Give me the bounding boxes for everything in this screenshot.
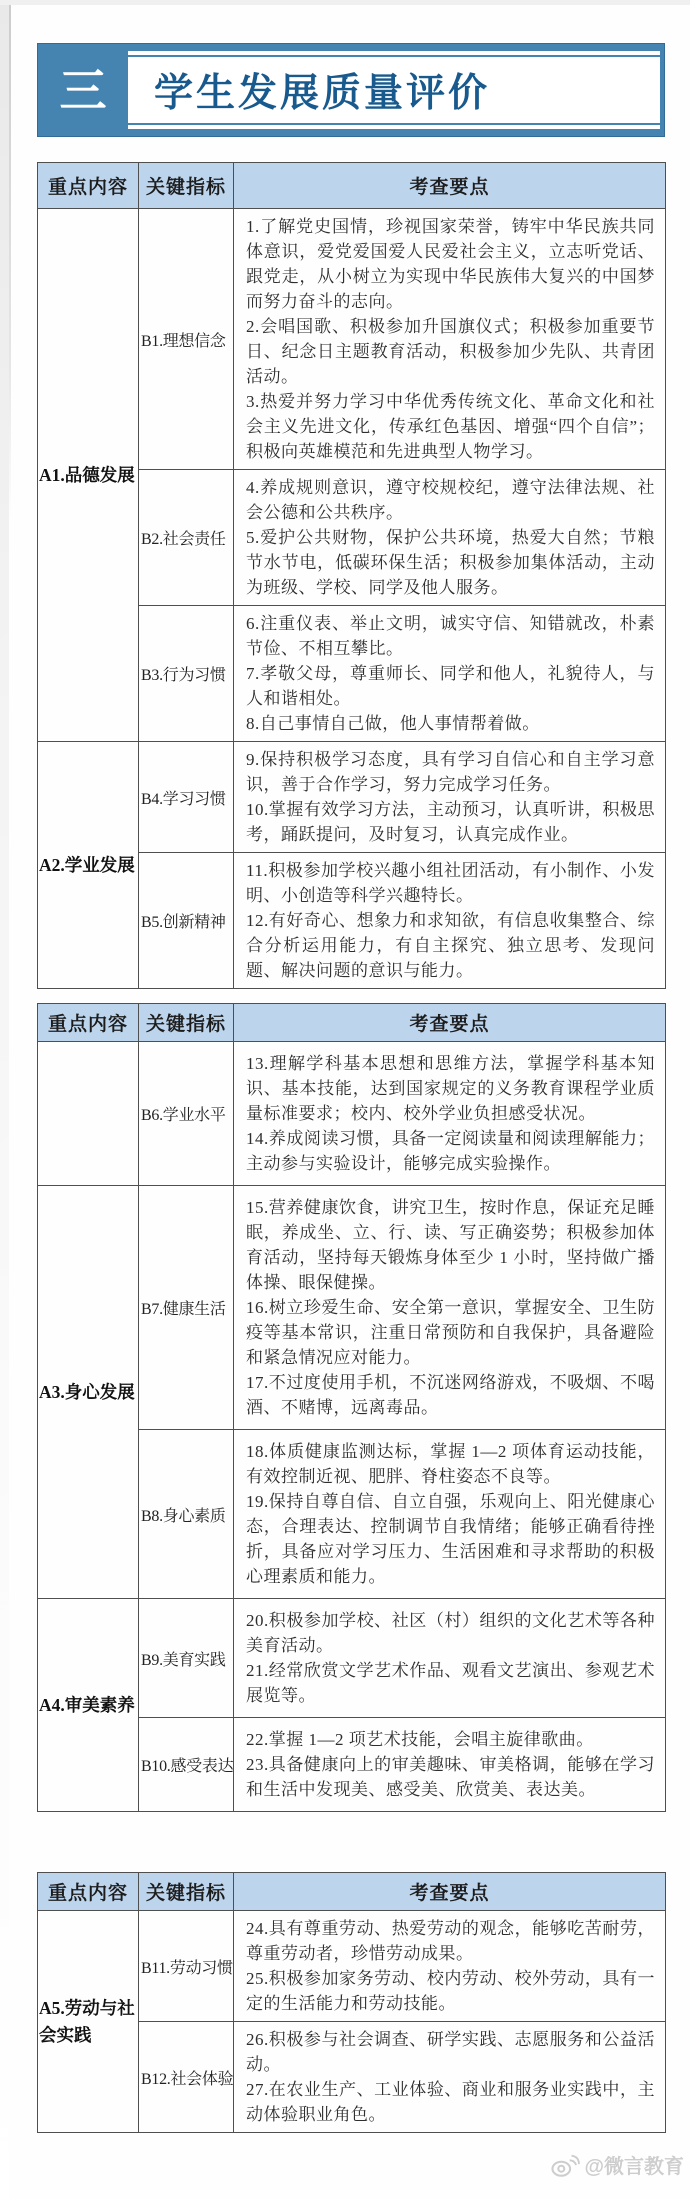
- points-cell: 20.积极参加学校、社区（村）组织的文化艺术等各种美育活动。21.经常欣赏文学艺…: [234, 1599, 666, 1718]
- point-item: 9.保持积极学习态度，具有学习自信心和自主学习意识，善于合作学习，努力完成学习任…: [246, 747, 655, 797]
- column-header: 考查要点: [234, 1873, 666, 1911]
- key-content-cell: A5.劳动与社会实践: [38, 1911, 139, 2133]
- page-title: 学生发展质量评价: [154, 51, 490, 129]
- key-content-cell: A2.学业发展: [38, 742, 139, 989]
- key-indicator-cell: B5.创新精神: [139, 853, 234, 989]
- points-cell: 11.积极参加学校兴趣小组社团活动，有小制作、小发明、小创造等科学兴趣特长。12…: [234, 853, 666, 989]
- key-indicator-cell: B1.理想信念: [139, 209, 234, 470]
- key-indicator-cell: B3.行为习惯: [139, 606, 234, 742]
- point-item: 19.保持自尊自信、自立自强，乐观向上、阳光健康心态，合理表达、控制调节自我情绪…: [246, 1489, 655, 1589]
- points-cell: 26.积极参与社会调查、研学实践、志愿服务和公益活动。27.在农业生产、工业体验…: [234, 2022, 666, 2133]
- key-indicator-cell: B11.劳动习惯: [139, 1911, 234, 2022]
- table-row: A3.身心发展B7.健康生活15.营养健康饮食，讲究卫生，按时作息，保证充足睡眠…: [38, 1186, 666, 1430]
- column-header: 关键指标: [139, 163, 234, 209]
- point-item: 27.在农业生产、工业体验、商业和服务业实践中，主动体验职业角色。: [246, 2077, 655, 2127]
- column-header: 考查要点: [234, 163, 666, 209]
- point-item: 15.营养健康饮食，讲究卫生，按时作息，保证充足睡眠，养成坐、立、行、读、写正确…: [246, 1195, 655, 1295]
- key-indicator-cell: B8.身心素质: [139, 1430, 234, 1599]
- header-row: 重点内容关键指标考查要点: [38, 1873, 666, 1911]
- key-indicator-cell: B7.健康生活: [139, 1186, 234, 1430]
- watermark: @微言教育: [550, 2150, 684, 2179]
- watermark-text: @微言教育: [584, 2150, 684, 2179]
- table-row: A2.学业发展B4.学习习惯9.保持积极学习态度，具有学习自信心和自主学习意识，…: [38, 742, 666, 853]
- point-item: 2.会唱国歌、积极参加升国旗仪式；积极参加重要节日、纪念日主题教育活动，积极参加…: [246, 314, 655, 389]
- points-cell: 18.体质健康监测达标，掌握 1—2 项体育运动技能，有效控制近视、肥胖、脊柱姿…: [234, 1430, 666, 1599]
- photo-edge-line: [9, 0, 11, 520]
- column-header: 关键指标: [139, 1004, 234, 1042]
- header-row: 重点内容关键指标考查要点: [38, 163, 666, 209]
- key-content-cell: A1.品德发展: [38, 209, 139, 742]
- key-content-cell: A3.身心发展: [38, 1186, 139, 1599]
- point-item: 14.养成阅读习惯，具备一定阅读量和阅读理解能力；主动参与实验设计，能够完成实验…: [246, 1126, 655, 1176]
- column-header: 重点内容: [38, 1004, 139, 1042]
- title-box: 学生发展质量评价: [128, 51, 660, 129]
- key-content-cell: [38, 1042, 139, 1186]
- photo-edge-top: [0, 0, 690, 5]
- points-cell: 13.理解学科基本思想和思维方法，掌握学科基本知识、基本技能，达到国家规定的义务…: [234, 1042, 666, 1186]
- points-cell: 4.养成规则意识，遵守校规校纪，遵守法律法规、社会公德和公共秩序。5.爱护公共财…: [234, 470, 666, 606]
- point-item: 24.具有尊重劳动、热爱劳动的观念，能够吃苦耐劳，尊重劳动者，珍惜劳动成果。: [246, 1916, 655, 1966]
- weibo-logo-icon: [550, 2152, 580, 2178]
- point-item: 20.积极参加学校、社区（村）组织的文化艺术等各种美育活动。: [246, 1608, 655, 1658]
- point-item: 17.不过度使用手机，不沉迷网络游戏，不吸烟、不喝酒、不赌博，远离毒品。: [246, 1370, 655, 1420]
- section-header-band: 三 学生发展质量评价: [37, 43, 665, 137]
- point-item: 22.掌握 1—2 项艺术技能，会唱主旋律歌曲。: [246, 1727, 655, 1752]
- evaluation-table-3: 重点内容关键指标考查要点A5.劳动与社会实践B11.劳动习惯24.具有尊重劳动、…: [37, 1872, 665, 2133]
- evaluation-table-1: 重点内容关键指标考查要点A1.品德发展B1.理想信念1.了解党史国情，珍视国家荣…: [37, 162, 665, 989]
- point-item: 21.经常欣赏文学艺术作品、观看文艺演出、参观艺术展览等。: [246, 1658, 655, 1708]
- section-number: 三: [38, 44, 128, 136]
- points-cell: 9.保持积极学习态度，具有学习自信心和自主学习意识，善于合作学习，努力完成学习任…: [234, 742, 666, 853]
- column-header: 重点内容: [38, 163, 139, 209]
- point-item: 18.体质健康监测达标，掌握 1—2 项体育运动技能，有效控制近视、肥胖、脊柱姿…: [246, 1439, 655, 1489]
- point-item: 16.树立珍爱生命、安全第一意识，掌握安全、卫生防疫等基本常识，注重日常预防和自…: [246, 1295, 655, 1370]
- key-indicator-cell: B10.感受表达: [139, 1718, 234, 1812]
- point-item: 3.热爱并努力学习中华优秀传统文化、革命文化和社会主义先进文化，传承红色基因、增…: [246, 389, 655, 464]
- key-indicator-cell: B4.学习习惯: [139, 742, 234, 853]
- photo-edge-left: [0, 0, 9, 2199]
- column-header: 考查要点: [234, 1004, 666, 1042]
- key-content-cell: A4.审美素养: [38, 1599, 139, 1812]
- points-cell: 1.了解党史国情，珍视国家荣誉，铸牢中华民族共同体意识，爱党爱国爱人民爱社会主义…: [234, 209, 666, 470]
- points-cell: 22.掌握 1—2 项艺术技能，会唱主旋律歌曲。23.具备健康向上的审美趣味、审…: [234, 1718, 666, 1812]
- table-row: A1.品德发展B1.理想信念1.了解党史国情，珍视国家荣誉，铸牢中华民族共同体意…: [38, 209, 666, 470]
- point-item: 13.理解学科基本思想和思维方法，掌握学科基本知识、基本技能，达到国家规定的义务…: [246, 1051, 655, 1126]
- point-item: 7.孝敬父母，尊重师长、同学和他人，礼貌待人，与人和谐相处。: [246, 661, 655, 711]
- point-item: 26.积极参与社会调查、研学实践、志愿服务和公益活动。: [246, 2027, 655, 2077]
- points-cell: 6.注重仪表、举止文明，诚实守信、知错就改，朴素节俭、不相互攀比。7.孝敬父母，…: [234, 606, 666, 742]
- points-cell: 24.具有尊重劳动、热爱劳动的观念，能够吃苦耐劳，尊重劳动者，珍惜劳动成果。25…: [234, 1911, 666, 2022]
- table-row: B6.学业水平13.理解学科基本思想和思维方法，掌握学科基本知识、基本技能，达到…: [38, 1042, 666, 1186]
- point-item: 4.养成规则意识，遵守校规校纪，遵守法律法规、社会公德和公共秩序。: [246, 475, 655, 525]
- point-item: 12.有好奇心、想象力和求知欲，有信息收集整合、综合分析运用能力，有自主探究、独…: [246, 908, 655, 983]
- point-item: 10.掌握有效学习方法，主动预习，认真听讲，积极思考，踊跃提问，及时复习，认真完…: [246, 797, 655, 847]
- point-item: 25.积极参加家务劳动、校内劳动、校外劳动，具有一定的生活能力和劳动技能。: [246, 1966, 655, 2016]
- column-header: 关键指标: [139, 1873, 234, 1911]
- point-item: 1.了解党史国情，珍视国家荣誉，铸牢中华民族共同体意识，爱党爱国爱人民爱社会主义…: [246, 214, 655, 314]
- table-row: A5.劳动与社会实践B11.劳动习惯24.具有尊重劳动、热爱劳动的观念，能够吃苦…: [38, 1911, 666, 2022]
- evaluation-table-2: 重点内容关键指标考查要点B6.学业水平13.理解学科基本思想和思维方法，掌握学科…: [37, 1003, 665, 1812]
- quality-table: 重点内容关键指标考查要点A5.劳动与社会实践B11.劳动习惯24.具有尊重劳动、…: [37, 1872, 666, 2133]
- table-row: A4.审美素养B9.美育实践20.积极参加学校、社区（村）组织的文化艺术等各种美…: [38, 1599, 666, 1718]
- key-indicator-cell: B6.学业水平: [139, 1042, 234, 1186]
- key-indicator-cell: B2.社会责任: [139, 470, 234, 606]
- quality-table: 重点内容关键指标考查要点B6.学业水平13.理解学科基本思想和思维方法，掌握学科…: [37, 1003, 666, 1812]
- point-item: 6.注重仪表、举止文明，诚实守信、知错就改，朴素节俭、不相互攀比。: [246, 611, 655, 661]
- key-indicator-cell: B9.美育实践: [139, 1599, 234, 1718]
- column-header: 重点内容: [38, 1873, 139, 1911]
- key-indicator-cell: B12.社会体验: [139, 2022, 234, 2133]
- quality-table: 重点内容关键指标考查要点A1.品德发展B1.理想信念1.了解党史国情，珍视国家荣…: [37, 162, 666, 989]
- point-item: 8.自己事情自己做，他人事情帮着做。: [246, 711, 655, 736]
- points-cell: 15.营养健康饮食，讲究卫生，按时作息，保证充足睡眠，养成坐、立、行、读、写正确…: [234, 1186, 666, 1430]
- point-item: 23.具备健康向上的审美趣味、审美格调，能够在学习和生活中发现美、感受美、欣赏美…: [246, 1752, 655, 1802]
- point-item: 11.积极参加学校兴趣小组社团活动，有小制作、小发明、小创造等科学兴趣特长。: [246, 858, 655, 908]
- header-row: 重点内容关键指标考查要点: [38, 1004, 666, 1042]
- point-item: 5.爱护公共财物，保护公共环境，热爱大自然；节粮节水节电，低碳环保生活；积极参加…: [246, 525, 655, 600]
